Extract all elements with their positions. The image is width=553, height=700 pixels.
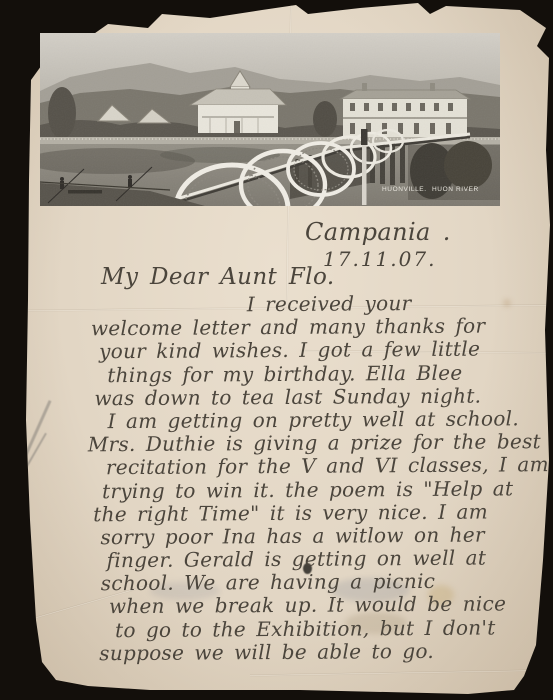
letter-line: school. We are having a picnic — [101, 568, 553, 594]
letter-line: when we break up. It would be nice — [109, 592, 553, 618]
scanned-letter-page: HUONVILLE. HUON RIVER Campania . 17.11.0… — [0, 0, 553, 700]
letter-body: I received your welcome letter and many … — [0, 290, 553, 665]
letter-line: trying to win it. the poem is "Help at — [102, 476, 553, 502]
letter-line: was down to tea last Sunday night. — [94, 383, 552, 409]
letter-date: 17.11.07. — [323, 247, 436, 271]
letter-line: recitation for the V and VI classes, I a… — [106, 452, 553, 478]
letter-line: finger. Gerald is getting on well at — [106, 545, 553, 571]
letter-line: the right Time" it is very nice. I am — [93, 499, 553, 525]
letter-line: I received your — [247, 290, 552, 315]
letter-line: sorry poor Ina has a witlow on her — [100, 522, 553, 548]
letter-line: to go to the Exhibition, but I don't — [115, 615, 553, 641]
letter-line: your kind wishes. I got a few little — [99, 336, 552, 362]
letter-line: Mrs. Duthie is giving a prize for the be… — [88, 429, 553, 455]
huon-river-bridge-photo: HUONVILLE. HUON RIVER — [40, 33, 500, 206]
letter-line: suppose we will be able to go. — [99, 638, 553, 664]
letter-place: Campania . — [305, 218, 451, 246]
letter-line: I am getting on pretty well at school. — [108, 406, 553, 432]
photo-grain — [40, 33, 500, 206]
letter-line: welcome letter and many thanks for — [91, 313, 552, 339]
letterhead-photo: HUONVILLE. HUON RIVER — [40, 33, 500, 206]
letter-line: things for my birthday. Ella Blee — [107, 360, 552, 386]
letter-salutation: My Dear Aunt Flo. — [101, 264, 335, 290]
